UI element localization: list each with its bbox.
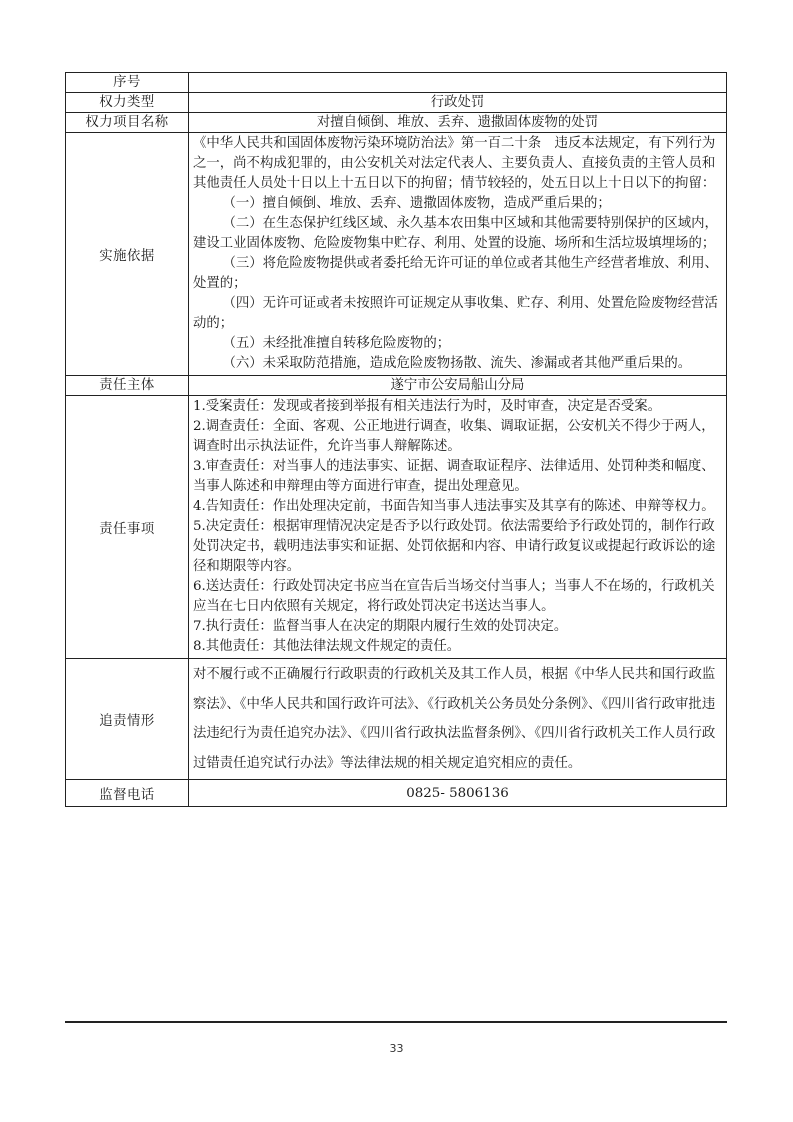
basis-clause-6: （六）未采取防范措施，造成危险废物扬散、流失、渗漏或者其他严重后果的。 (193, 354, 722, 374)
row-power-type: 权力类型 行政处罚 (66, 93, 727, 113)
duty-item: 4.告知责任：作出处理决定前，书面告知当事人违法事实及其享有的陈述、申辩等权力。 (193, 497, 722, 517)
label-power-type: 权力类型 (66, 93, 189, 113)
duty-item: 5.决定责任：根据审理情况决定是否予以行政处罚。依法需要给予行政处罚的，制作行政… (193, 517, 722, 577)
label-serial: 序号 (66, 73, 189, 93)
duty-item: 2.调查责任：全面、客观、公正地进行调查，收集、调取证据，公安机关不得少于两人，… (193, 417, 722, 457)
label-duties: 责任事项 (66, 396, 189, 659)
duty-item: 6.送达责任：行政处罚决定书应当在宣告后当场交付当事人；当事人不在场的，行政机关… (193, 577, 722, 617)
duty-item: 7.执行责任：监督当事人在决定的期限内履行生效的处罚决定。 (193, 617, 722, 637)
basis-clause-5: （五）未经批准擅自转移危险废物的； (193, 334, 722, 354)
value-phone: 0825- 5806136 (189, 780, 727, 807)
row-serial: 序号 (66, 73, 727, 93)
duty-item: 1.受案责任：发现或者接到举报有相关违法行为时，及时审查，决定是否受案。 (193, 397, 722, 417)
row-item-name: 权力项目名称 对擅自倾倒、堆放、丢弃、遗撒固体废物的处罚 (66, 113, 727, 133)
value-subject: 遂宁市公安局船山分局 (189, 376, 727, 396)
value-basis: 《中华人民共和国固体废物污染环境防治法》第一百二十条 违反本法规定，有下列行为之… (189, 133, 727, 376)
row-phone: 监督电话 0825- 5806136 (66, 780, 727, 807)
value-item-name: 对擅自倾倒、堆放、丢弃、遗撒固体废物的处罚 (189, 113, 727, 133)
row-duties: 责任事项 1.受案责任：发现或者接到举报有相关违法行为时，及时审查，决定是否受案… (66, 396, 727, 659)
label-phone: 监督电话 (66, 780, 189, 807)
duty-item: 8.其他责任：其他法律法规文件规定的责任。 (193, 637, 722, 657)
basis-clause-3: （三）将危险废物提供或者委托给无许可证的单位或者其他生产经营者堆放、利用、处置的… (193, 254, 722, 294)
label-basis: 实施依据 (66, 133, 189, 376)
power-item-table: 序号 权力类型 行政处罚 权力项目名称 对擅自倾倒、堆放、丢弃、遗撒固体废物的处… (65, 72, 727, 807)
basis-clause-1: （一）擅自倾倒、堆放、丢弃、遗撒固体废物，造成严重后果的； (193, 194, 722, 214)
label-accountability: 追责情形 (66, 659, 189, 780)
row-basis: 实施依据 《中华人民共和国固体废物污染环境防治法》第一百二十条 违反本法规定，有… (66, 133, 727, 376)
footer-divider (65, 1021, 727, 1023)
value-accountability: 对不履行或不正确履行行政职责的行政机关及其工作人员，根据《中华人民共和国行政监察… (189, 659, 727, 780)
basis-clause-4: （四）无许可证或者未按照许可证规定从事收集、贮存、利用、处置危险废物经营活动的； (193, 294, 722, 334)
basis-clause-2: （二）在生态保护红线区域、永久基本农田集中区域和其他需要特别保护的区域内，建设工… (193, 214, 722, 254)
row-subject: 责任主体 遂宁市公安局船山分局 (66, 376, 727, 396)
basis-paragraph: 《中华人民共和国固体废物污染环境防治法》第一百二十条 违反本法规定，有下列行为之… (193, 134, 722, 194)
page-number: 33 (0, 1042, 793, 1055)
row-accountability: 追责情形 对不履行或不正确履行行政职责的行政机关及其工作人员，根据《中华人民共和… (66, 659, 727, 780)
value-power-type: 行政处罚 (189, 93, 727, 113)
value-serial (189, 73, 727, 93)
value-duties: 1.受案责任：发现或者接到举报有相关违法行为时，及时审查，决定是否受案。 2.调… (189, 396, 727, 659)
label-item-name: 权力项目名称 (66, 113, 189, 133)
label-subject: 责任主体 (66, 376, 189, 396)
duty-item: 3.审查责任：对当事人的违法事实、证据、调查取证程序、法律适用、处罚种类和幅度、… (193, 457, 722, 497)
